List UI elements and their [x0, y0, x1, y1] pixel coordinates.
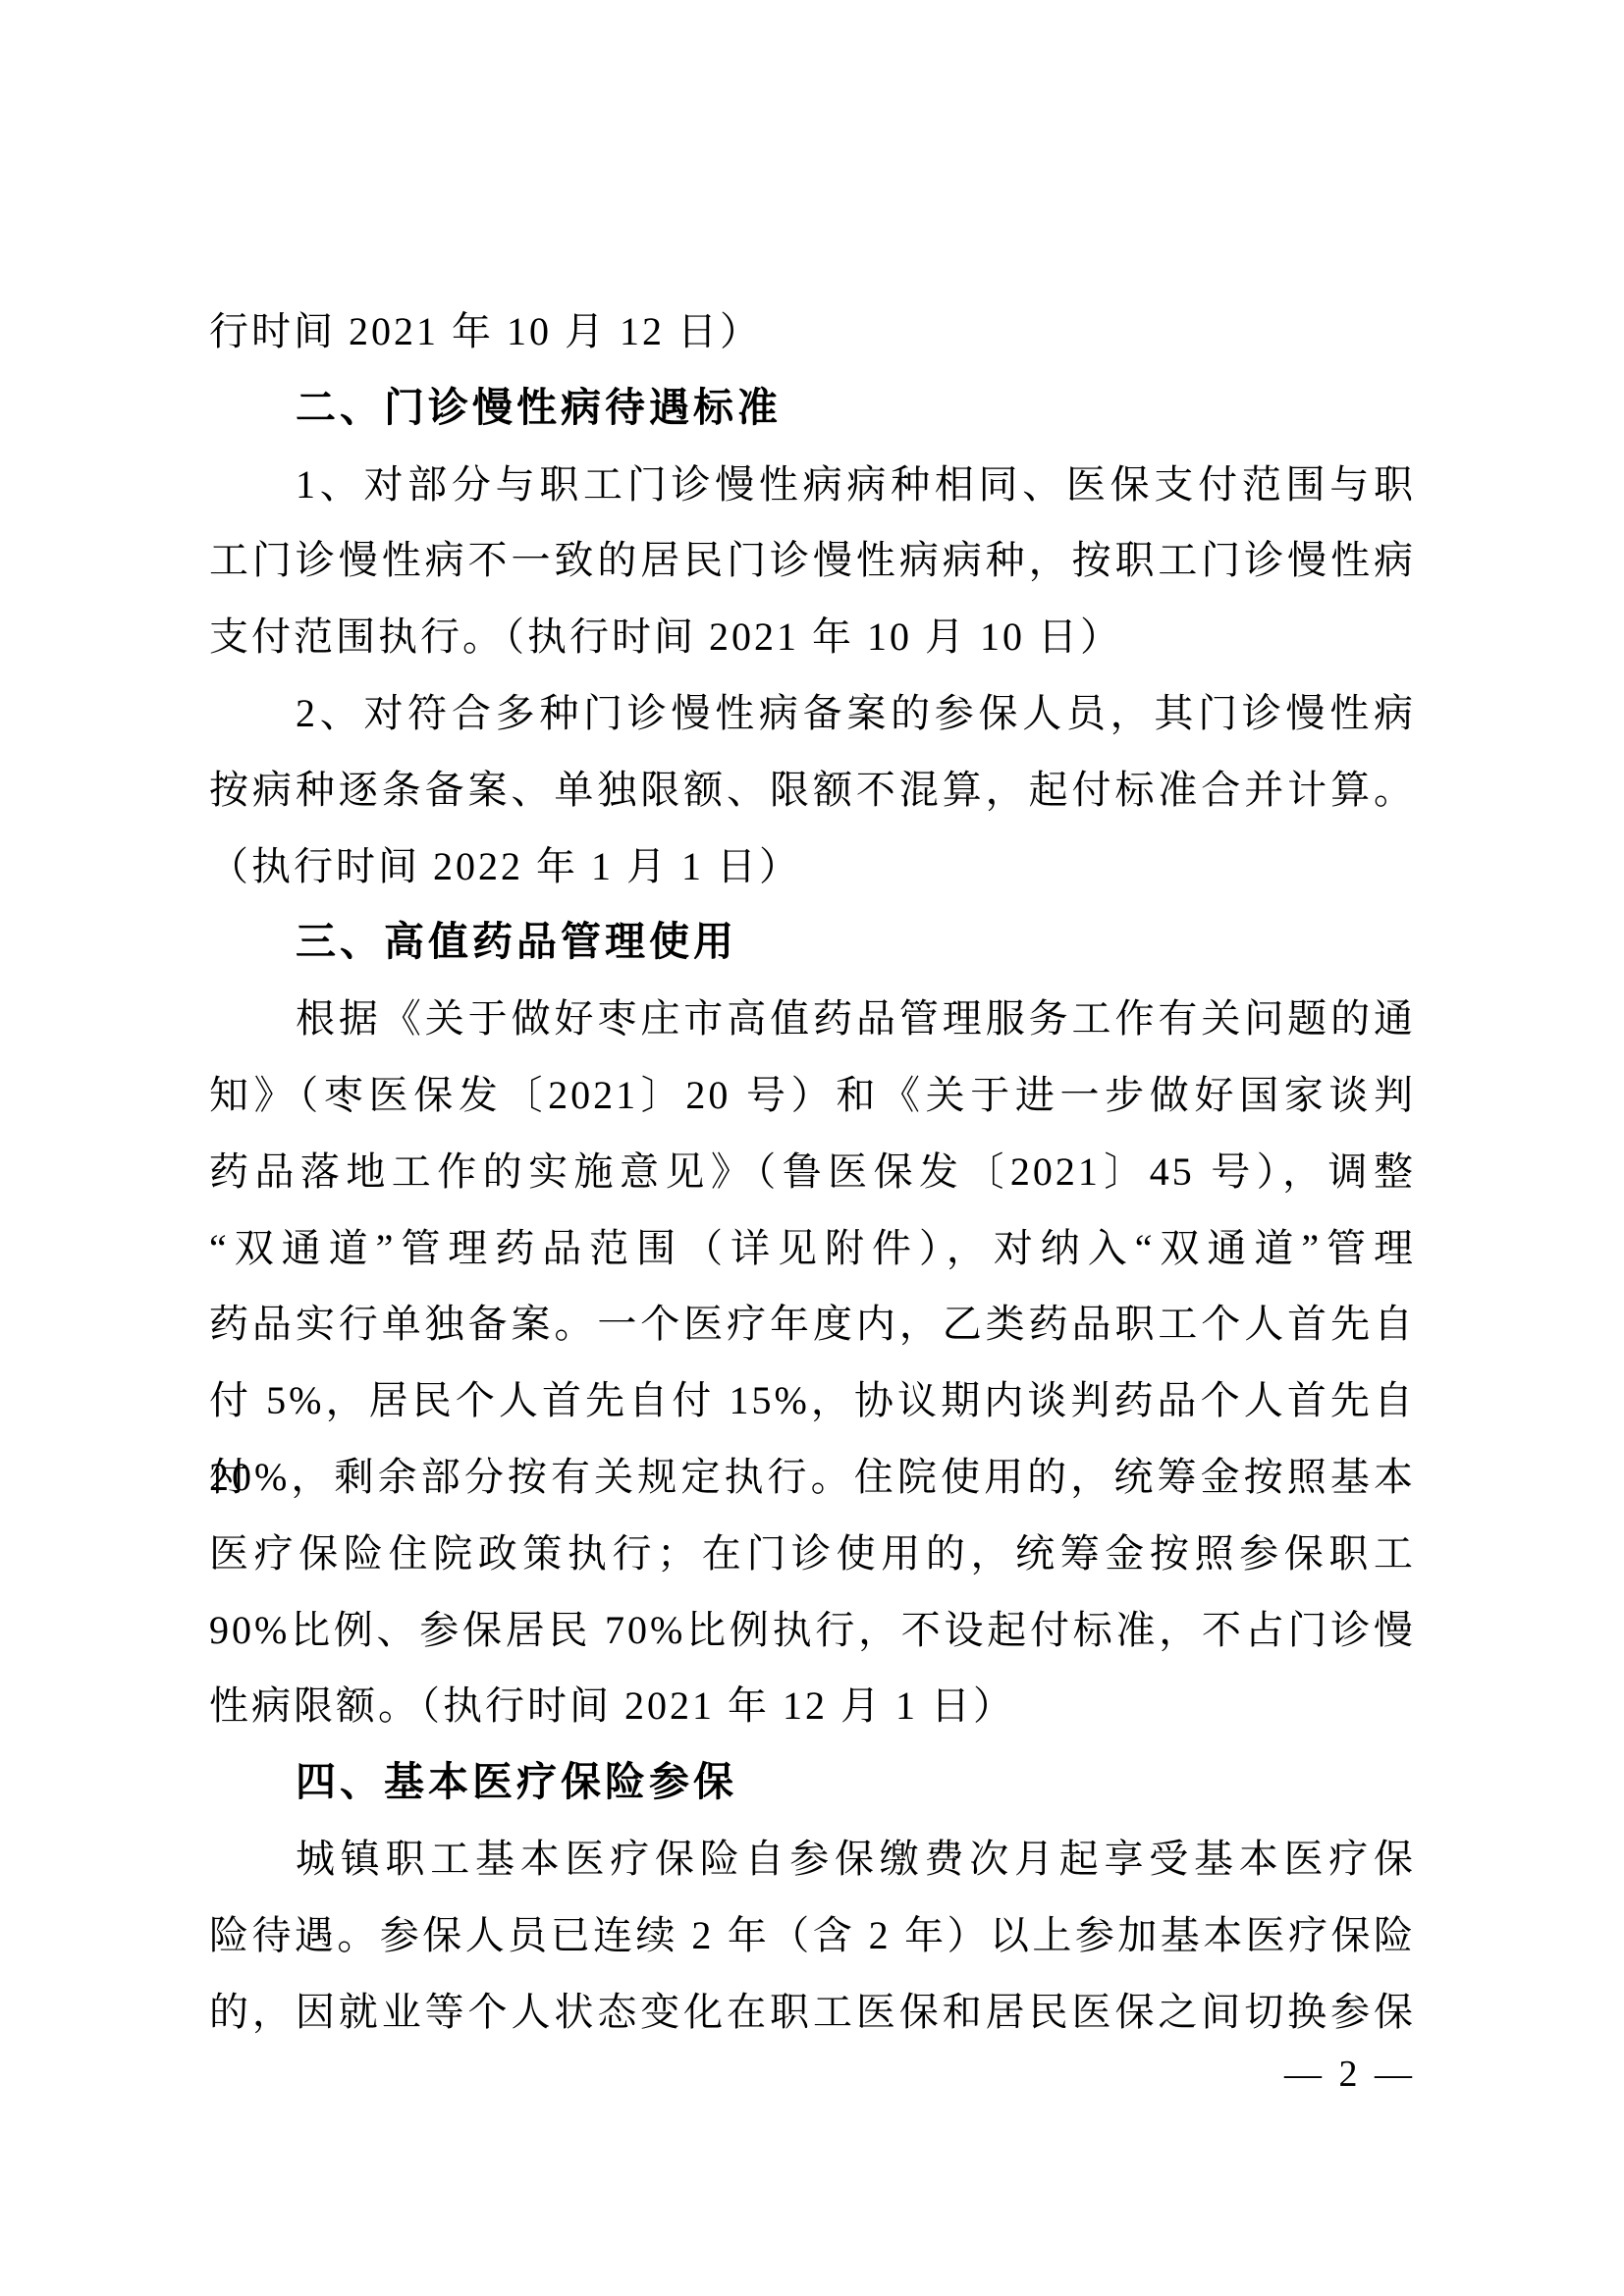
text-line: 行时间 2021 年 10 月 12 日）: [209, 294, 1416, 370]
text-line: 1、对部分与职工门诊慢性病病种相同、医保支付范围与职: [209, 447, 1416, 523]
text-line: 城镇职工基本医疗保险自参保缴费次月起享受基本医疗保: [209, 1821, 1416, 1897]
text-line: 药品落地工作的实施意见》（鲁医保发〔2021〕45 号），调整: [209, 1134, 1416, 1210]
text-line: 医疗保险住院政策执行；在门诊使用的，统筹金按照参保职工: [209, 1516, 1416, 1592]
text-line: 根据《关于做好枣庄市高值药品管理服务工作有关问题的通: [209, 981, 1416, 1057]
text-line: 的，因就业等个人状态变化在职工医保和居民医保之间切换参保: [209, 1974, 1416, 2051]
text-line: 险待遇。参保人员已连续 2 年（含 2 年）以上参加基本医疗保险: [209, 1897, 1416, 1974]
text-line: （执行时间 2022 年 1 月 1 日）: [209, 828, 1416, 905]
text-line: 三、高值药品管理使用: [209, 904, 1416, 981]
text-line: 四、基本医疗保险参保: [209, 1744, 1416, 1821]
text-line: 20%，剩余部分按有关规定执行。住院使用的，统筹金按照基本: [209, 1439, 1416, 1516]
text-line: 性病限额。（执行时间 2021 年 12 月 1 日）: [209, 1668, 1416, 1744]
text-line: 药品实行单独备案。一个医疗年度内，乙类药品职工个人首先自: [209, 1286, 1416, 1362]
text-line: 知》（枣医保发〔2021〕20 号）和《关于进一步做好国家谈判: [209, 1057, 1416, 1134]
text-line: 支付范围执行。（执行时间 2021 年 10 月 10 日）: [209, 599, 1416, 675]
text-line: 按病种逐条备案、单独限额、限额不混算，起付标准合并计算。: [209, 752, 1416, 828]
document-page: 行时间 2021 年 10 月 12 日） 二、门诊慢性病待遇标准 1、对部分与…: [0, 0, 1624, 2296]
text-line: 90%比例、参保居民 70%比例执行，不设起付标准，不占门诊慢: [209, 1592, 1416, 1669]
text-line: 工门诊慢性病不一致的居民门诊慢性病病种，按职工门诊慢性病: [209, 522, 1416, 599]
text-line: 二、门诊慢性病待遇标准: [209, 370, 1416, 447]
text-line: 付 5%，居民个人首先自付 15%，协议期内谈判药品个人首先自付: [209, 1362, 1416, 1439]
document-body: 行时间 2021 年 10 月 12 日） 二、门诊慢性病待遇标准 1、对部分与…: [209, 294, 1416, 2050]
text-line: 2、对符合多种门诊慢性病备案的参保人员，其门诊慢性病: [209, 675, 1416, 752]
page-number: — 2 —: [1284, 2050, 1416, 2099]
text-line: “双通道”管理药品范围（详见附件），对纳入“双通道”管理: [209, 1210, 1416, 1287]
